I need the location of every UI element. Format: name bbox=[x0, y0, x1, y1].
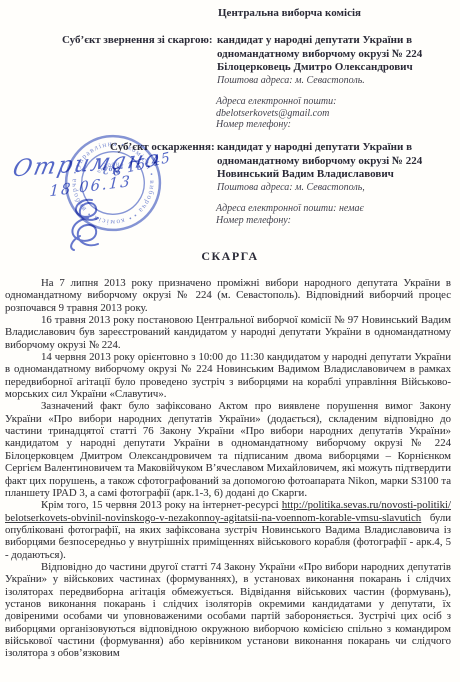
scanned-complaint-page: Центральна виборча комісія Суб’єкт зверн… bbox=[0, 0, 460, 682]
paragraph: 16 травня 2013 року постановою Центральн… bbox=[5, 314, 451, 351]
complainant-role-line2: одномандатному виборчому окрузі № 224 bbox=[217, 48, 422, 61]
respondent-role-line2: одномандатному виборчому окрузі № 224 bbox=[217, 155, 422, 168]
paragraph: На 7 липня 2013 року призначено проміжні… bbox=[5, 277, 451, 314]
paragraph: 14 червня 2013 року орієнтовно з 10:00 д… bbox=[5, 351, 451, 400]
respondent-phone-label: Номер телефону: bbox=[216, 215, 291, 226]
respondent-role-line1: кандидат у народні депутати України в bbox=[217, 141, 412, 154]
complainant-phone-label: Номер телефону: bbox=[216, 119, 291, 130]
paragraph-with-url: Крім того, 15 червня 2013 року на інтерн… bbox=[5, 499, 451, 561]
complainant-role-line1: кандидат у народні депутати України в bbox=[217, 34, 412, 47]
recipient-line: Центральна виборча комісія bbox=[218, 7, 361, 20]
complainant-postal-address: Поштова адреса: м. Севастополь. bbox=[217, 75, 365, 86]
signature-squiggle bbox=[58, 196, 122, 252]
complainant-label: Суб’єкт звернення зі скаргою: bbox=[62, 34, 213, 47]
paragraph: Зазначений факт було зафіксовано Актом п… bbox=[5, 400, 451, 499]
complainant-email-label: Адреса електронної пошти: bbox=[216, 96, 336, 107]
respondent-name: Новинський Вадим Владиславович bbox=[217, 168, 394, 181]
body-text: На 7 липня 2013 року призначено проміжні… bbox=[5, 277, 451, 660]
paragraph-text: Крім того, 15 червня 2013 року на інтерн… bbox=[41, 499, 282, 511]
respondent-email-line: Адреса електронної пошти: немає bbox=[216, 203, 364, 214]
complainant-email: dbelotserkovets@gmail.com bbox=[216, 108, 329, 119]
paragraph: Відповідно до частини другої статті 74 З… bbox=[5, 561, 451, 660]
respondent-postal-address: Поштова адреса: м. Севастополь, bbox=[217, 182, 365, 193]
complainant-name: Білоцерковець Дмитро Олександрович bbox=[217, 61, 413, 74]
